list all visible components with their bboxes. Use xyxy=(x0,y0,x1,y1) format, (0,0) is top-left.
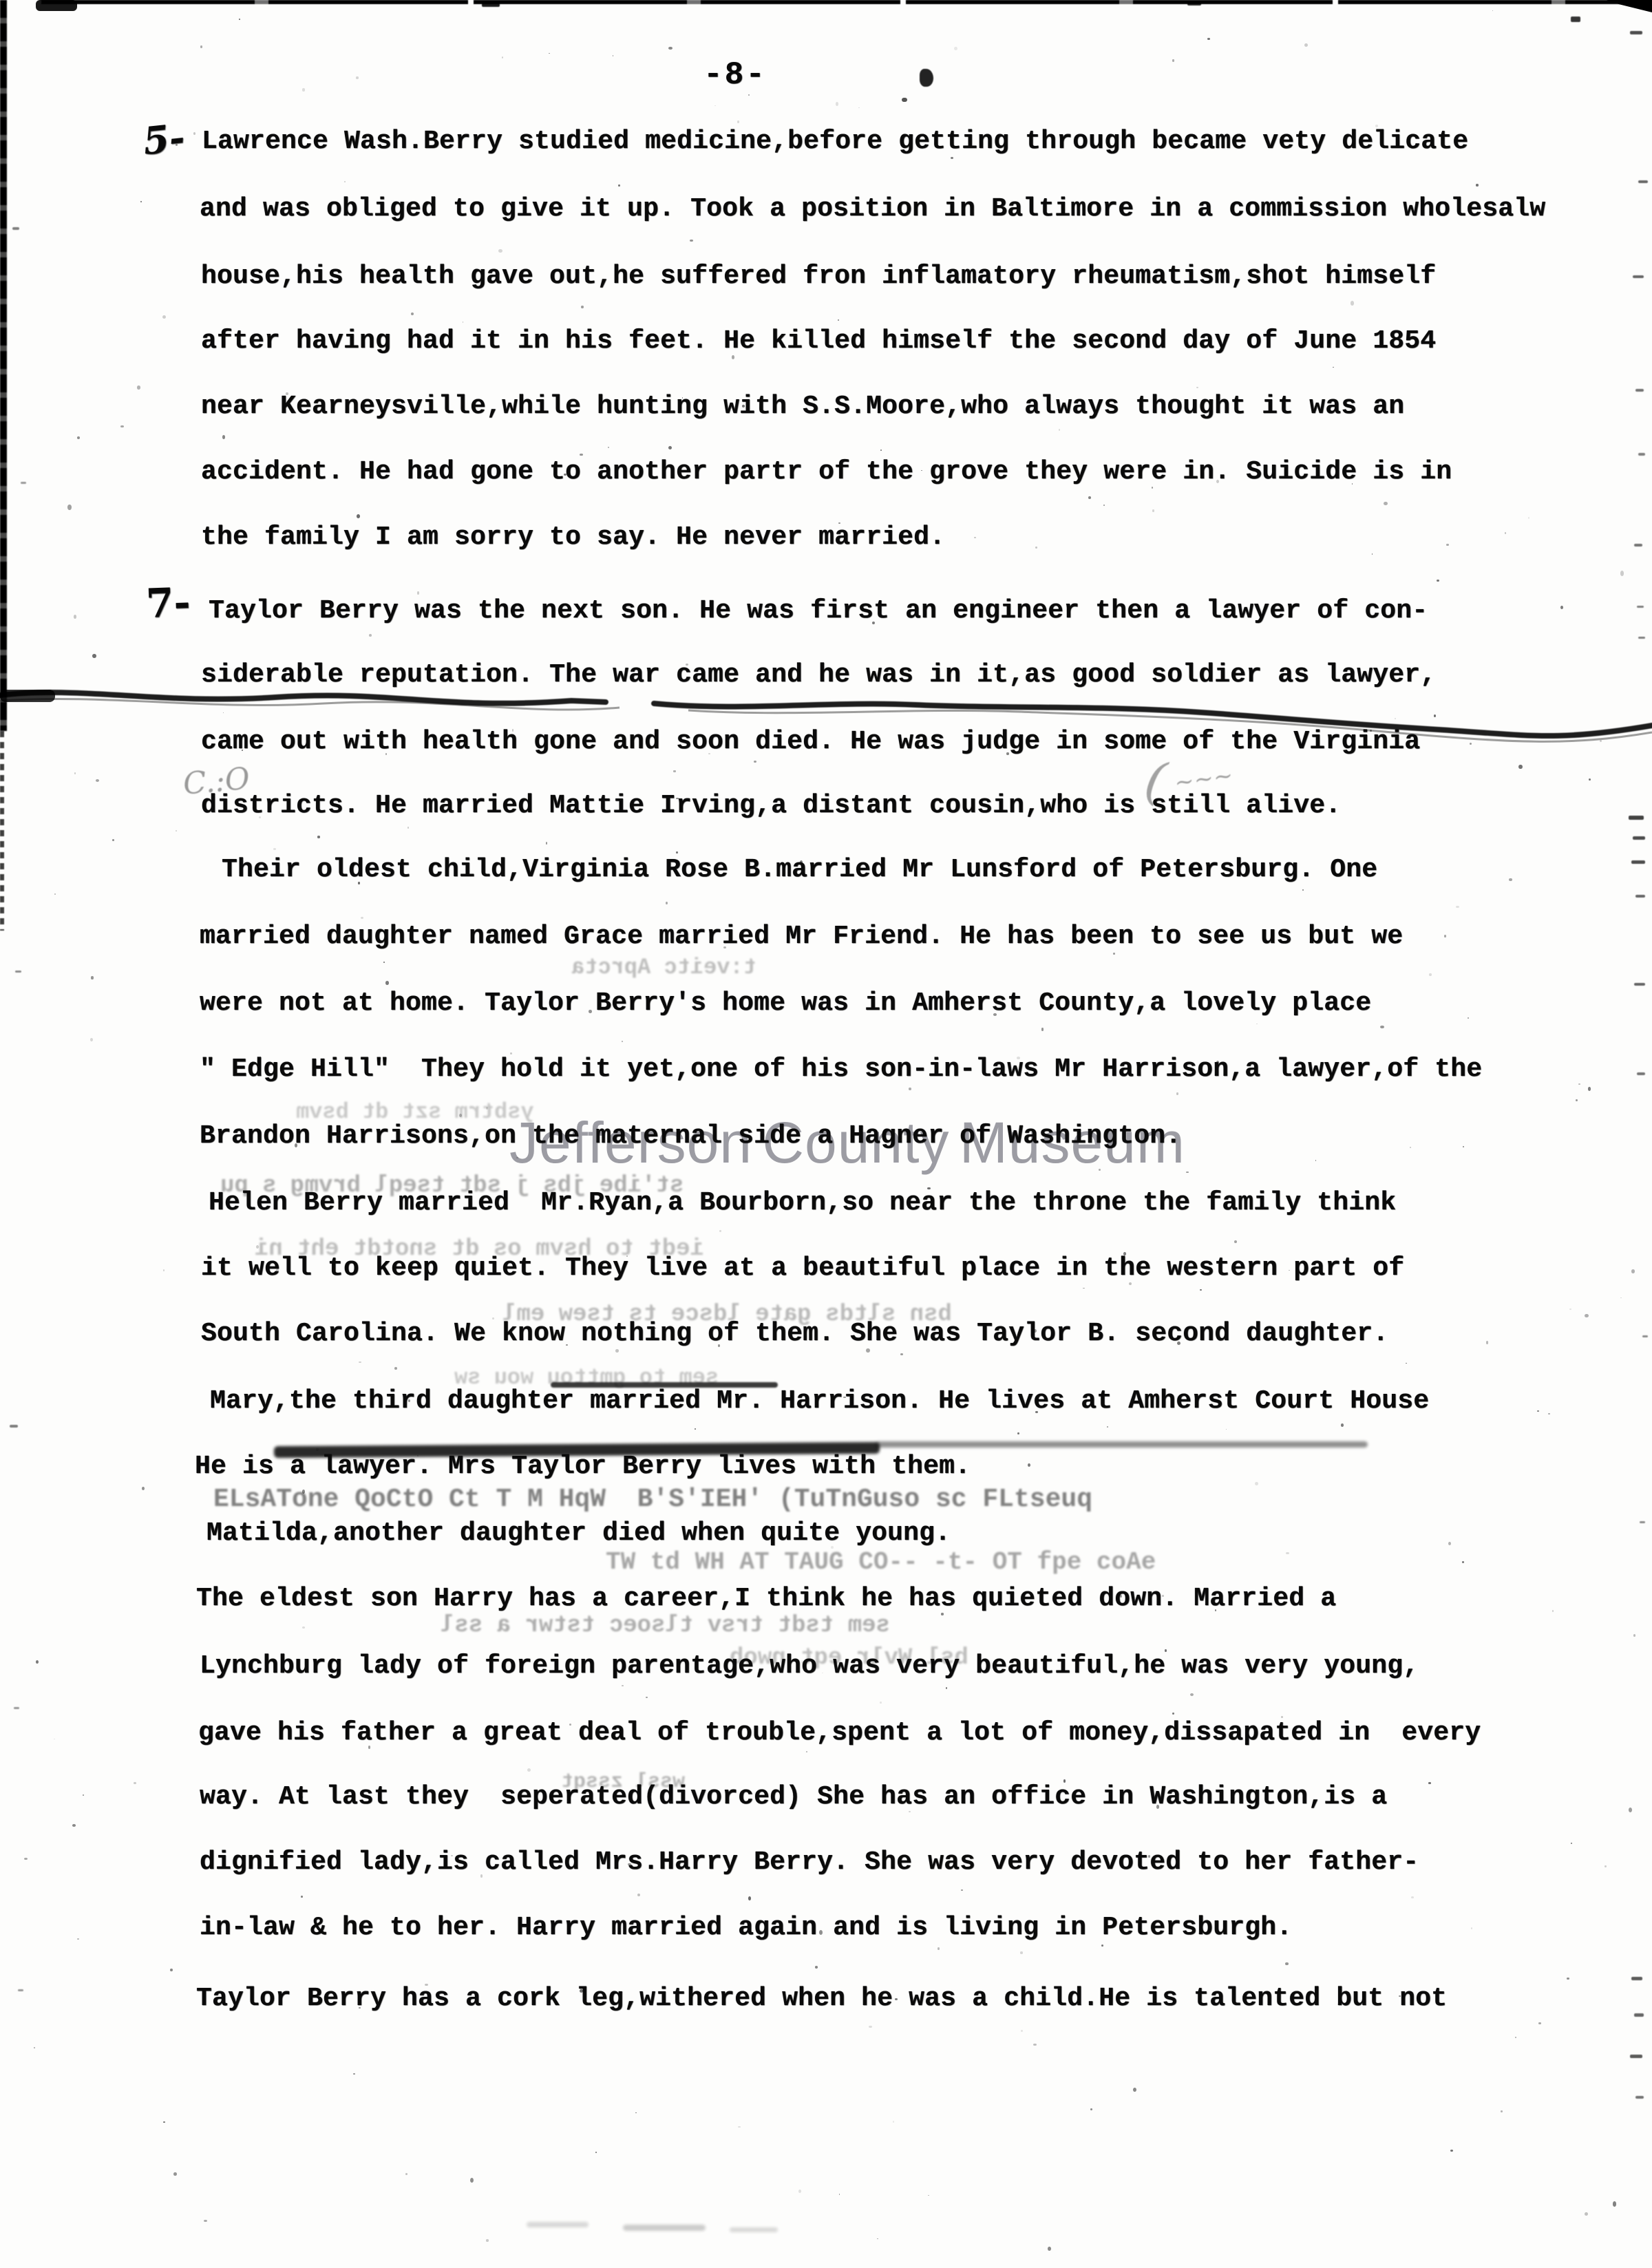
typed-line: South Carolina. We know nothing of them.… xyxy=(201,1318,1388,1350)
paper-speck xyxy=(1620,571,1624,575)
paper-speck xyxy=(1501,2110,1503,2112)
scan-edge-left xyxy=(0,0,7,731)
paper-speck xyxy=(1186,1172,1188,1173)
scan-edge-mark xyxy=(10,1425,18,1428)
paper-speck xyxy=(1633,1634,1635,1637)
paper-speck xyxy=(1017,1432,1019,1434)
paper-speck xyxy=(1463,1146,1464,1147)
paper-speck xyxy=(361,917,364,919)
paper-speck xyxy=(581,306,584,309)
paper-speck xyxy=(1033,2044,1037,2046)
paper-speck xyxy=(1113,953,1115,955)
paper-speck xyxy=(317,836,320,838)
scan-edge-mark xyxy=(1635,2096,1644,2099)
handwritten-item-number: 7- xyxy=(145,579,191,627)
scan-edge-mark xyxy=(1634,983,1645,986)
paper-speck xyxy=(90,1038,93,1041)
paper-speck xyxy=(369,634,372,637)
paper-speck xyxy=(357,514,360,518)
scan-edge-mark xyxy=(1630,2055,1642,2058)
paper-speck xyxy=(1384,502,1387,505)
paper-speck xyxy=(608,447,609,448)
paper-speck xyxy=(1103,505,1105,506)
paper-speck xyxy=(77,436,80,439)
typed-line: Their oldest child,Virginia Rose B.marri… xyxy=(222,854,1377,886)
paper-speck xyxy=(1088,496,1091,500)
paper-speck xyxy=(1083,1288,1085,1289)
paper-speck xyxy=(1200,1289,1202,1291)
paper-speck xyxy=(1567,1978,1569,1979)
paper-speck xyxy=(1585,2212,1588,2216)
typed-line: married daughter named Grace married Mr … xyxy=(200,921,1403,953)
paper-speck xyxy=(646,1697,647,1698)
paper-speck xyxy=(1101,1944,1103,1947)
paper-speck xyxy=(1351,301,1354,305)
paper-speck xyxy=(1552,1610,1554,1611)
paper-speck xyxy=(1585,1314,1588,1317)
typed-line: near Kearneysville,while hunting with S.… xyxy=(201,391,1404,423)
pencil-scribble: C.:O xyxy=(182,761,251,802)
paper-speck xyxy=(974,537,976,538)
paper-speck xyxy=(1410,1147,1411,1148)
paper-speck xyxy=(900,1353,903,1355)
paper-speck xyxy=(1028,1463,1030,1467)
paper-speck xyxy=(239,19,240,19)
typed-line: house,his health gave out,he suffered fr… xyxy=(201,261,1436,293)
paper-speck xyxy=(83,1794,84,1796)
paper-speck xyxy=(1048,2247,1051,2251)
paper-speck xyxy=(1538,2022,1540,2024)
typed-line: Lynchburg lady of foreign parentage,who … xyxy=(200,1651,1419,1682)
paper-speck xyxy=(36,1660,39,1664)
typed-line: dignified lady,is called Mrs.Harry Berry… xyxy=(200,1847,1419,1878)
paper-speck xyxy=(893,2121,894,2123)
paper-speck xyxy=(74,615,76,619)
paper-speck xyxy=(222,435,225,439)
paper-speck xyxy=(1286,1552,1289,1554)
paper-speck xyxy=(1444,935,1446,937)
paper-speck xyxy=(385,981,389,985)
paper-speck xyxy=(1207,38,1210,40)
paper-speck xyxy=(1372,553,1373,555)
paper-speck xyxy=(954,47,957,50)
paper-speck xyxy=(806,1751,807,1752)
paper-speck xyxy=(695,1428,696,1430)
paper-speck xyxy=(798,2190,801,2193)
typed-line: way. At last they seperated(divorced) Sh… xyxy=(200,1781,1387,1813)
paper-speck xyxy=(470,2178,474,2183)
paper-speck xyxy=(142,1487,145,1491)
typed-line: and was obliged to give it up. Took a po… xyxy=(200,193,1545,225)
paper-speck xyxy=(67,505,71,510)
fold-crease xyxy=(0,659,1652,763)
paper-speck xyxy=(938,1947,940,1949)
paper-speck xyxy=(637,1894,640,1896)
paper-speck xyxy=(1304,43,1308,47)
paper-speck xyxy=(498,249,502,253)
paper-speck xyxy=(359,1361,361,1363)
paper-speck xyxy=(1631,1269,1635,1273)
paper-speck xyxy=(1172,59,1174,61)
typed-line: after having had it in his feet. He kill… xyxy=(201,326,1436,357)
scan-edge-mark xyxy=(18,1989,23,1991)
scan-edge-mark xyxy=(1642,1335,1648,1337)
paper-speck xyxy=(815,1966,818,1969)
bleed-through-text: ELsATone QoCtO Ct T M HqW B'S'IEH' (TuTn… xyxy=(213,1487,1092,1513)
paper-speck xyxy=(1152,509,1154,512)
scan-edge-mark xyxy=(1635,389,1644,392)
paper-speck xyxy=(1569,1308,1571,1310)
paper-speck xyxy=(880,1702,882,1704)
paper-speck xyxy=(486,2239,489,2241)
paper-speck xyxy=(1446,544,1449,547)
paper-speck xyxy=(1059,429,1060,431)
scan-edge-mark xyxy=(1640,1521,1645,1523)
paper-speck xyxy=(1176,1092,1179,1095)
paper-speck xyxy=(1537,1410,1539,1412)
bleed-through-text: t:veitc Aprcta xyxy=(571,957,756,979)
typed-line: " Edge Hill" They hold it yet,one of his… xyxy=(200,1054,1482,1085)
ink-smudge-dash xyxy=(551,1382,778,1388)
paper-speck xyxy=(635,2112,637,2114)
typed-line: Taylor Berry has a cork leg,withered whe… xyxy=(196,1983,1447,2015)
scan-edge-mark xyxy=(1638,453,1645,456)
paper-speck xyxy=(668,446,672,449)
paper-speck xyxy=(1605,1865,1607,1867)
paper-speck xyxy=(1041,1028,1044,1030)
paper-speck xyxy=(1302,889,1304,891)
paper-speck xyxy=(1428,1782,1430,1784)
paper-speck xyxy=(1456,906,1459,908)
paper-speck xyxy=(302,1626,305,1629)
paper-speck xyxy=(836,102,838,105)
paper-speck xyxy=(1333,367,1334,368)
scan-edge-mark xyxy=(1631,1977,1642,1980)
paper-speck xyxy=(1172,1713,1174,1714)
paper-speck xyxy=(74,772,76,774)
paper-speck xyxy=(91,976,94,979)
scan-edge-mark xyxy=(1637,1072,1645,1075)
scan-edge-mark xyxy=(1638,637,1645,639)
paper-speck xyxy=(580,454,582,456)
paper-speck xyxy=(690,240,693,242)
paper-speck xyxy=(54,893,56,895)
faint-bottom-mark xyxy=(527,2222,589,2227)
paper-speck xyxy=(869,2026,872,2028)
typed-line: Matilda,another daughter died when quite… xyxy=(206,1518,951,1549)
paper-speck xyxy=(34,2047,35,2048)
paper-speck xyxy=(516,1157,518,1159)
paper-speck xyxy=(1515,2037,1516,2038)
scan-edge-top xyxy=(41,0,1652,4)
typed-line: gave his father a great deal of trouble,… xyxy=(198,1717,1481,1749)
paper-speck xyxy=(204,2220,207,2222)
paper-speck xyxy=(737,120,739,123)
paper-speck xyxy=(24,1858,28,1860)
scan-edge-mark xyxy=(14,1707,19,1709)
paper-speck xyxy=(411,312,414,315)
paper-speck xyxy=(1411,1896,1414,1898)
scan-edge-mark xyxy=(1638,180,1648,183)
paper-speck xyxy=(1588,1087,1591,1090)
paper-speck xyxy=(1341,1423,1344,1427)
scan-edge-mark xyxy=(1633,836,1645,840)
paper-speck xyxy=(1548,1413,1550,1414)
scan-edge-mark xyxy=(12,227,19,230)
paper-speck xyxy=(1406,1363,1407,1364)
paper-speck xyxy=(622,1041,623,1042)
scan-edge-mark xyxy=(1630,31,1642,34)
paper-speck xyxy=(1196,387,1198,388)
paper-speck xyxy=(1589,778,1591,781)
paper-speck xyxy=(1285,1962,1288,1965)
paper-speck xyxy=(176,830,177,831)
paper-speck xyxy=(273,848,276,850)
scanned-typewritten-page: Jefferson County Museum -8- Lawrence Was… xyxy=(0,0,1652,2268)
paper-speck xyxy=(54,1739,55,1739)
paper-speck xyxy=(839,2194,840,2195)
typed-line: in-law & he to her. Harry married again … xyxy=(200,1912,1292,1944)
typed-line: the family I am sorry to say. He never m… xyxy=(201,522,945,553)
scan-edge-left-lower xyxy=(0,731,4,931)
paper-speck xyxy=(618,184,620,187)
paper-speck xyxy=(140,201,142,202)
typed-line: The eldest son Harry has a career,I thin… xyxy=(196,1583,1336,1615)
typed-line: Mary,the third daughter married Mr. Harr… xyxy=(210,1386,1429,1417)
ink-dot-near-page-number xyxy=(902,98,907,102)
typed-line: were not at home. Taylor Berry's home wa… xyxy=(200,988,1371,1019)
paper-speck xyxy=(622,1685,623,1686)
paper-speck xyxy=(1620,1297,1622,1298)
paper-speck xyxy=(1476,184,1479,187)
paper-speck xyxy=(302,88,306,92)
paper-speck xyxy=(880,449,882,451)
scan-edge-mark xyxy=(15,971,21,973)
paper-speck xyxy=(1492,10,1494,11)
paper-speck xyxy=(112,839,114,841)
paper-speck xyxy=(595,2152,597,2153)
paper-speck xyxy=(666,902,668,904)
paper-speck xyxy=(1226,1429,1227,1430)
paper-speck xyxy=(163,1269,165,1271)
paper-speck xyxy=(748,94,750,96)
paper-speck xyxy=(502,56,503,59)
paper-speck xyxy=(193,132,195,135)
paper-speck xyxy=(1448,1542,1451,1545)
scan-edge-mark xyxy=(1634,2013,1644,2017)
paper-speck xyxy=(1133,2088,1136,2092)
paper-speck xyxy=(394,1367,397,1370)
ink-blot-near-page-number xyxy=(920,69,933,87)
paper-speck xyxy=(673,770,676,772)
scan-edge-mark xyxy=(1631,860,1645,864)
paper-speck xyxy=(946,1687,947,1689)
paper-speck xyxy=(137,385,140,389)
paper-speck xyxy=(1450,2150,1453,2152)
paper-speck xyxy=(1505,532,1506,534)
paper-speck xyxy=(77,1938,79,1940)
paper-speck xyxy=(163,2121,165,2123)
paper-speck xyxy=(1256,1024,1258,1024)
paper-speck xyxy=(1380,1026,1384,1028)
paper-speck xyxy=(961,1889,963,1891)
paper-speck xyxy=(719,1230,721,1232)
paper-speck xyxy=(838,319,839,321)
paper-speck xyxy=(1190,1693,1194,1696)
paper-speck xyxy=(405,2173,407,2175)
typed-line: accident. He had gone to another partr o… xyxy=(201,456,1452,488)
scan-edge-mark xyxy=(1571,17,1580,22)
paper-speck xyxy=(1528,517,1529,519)
typed-line: it well to keep quiet. They live at a be… xyxy=(201,1253,1404,1284)
paper-speck xyxy=(858,107,860,109)
paper-speck xyxy=(1578,1083,1580,1085)
paper-speck xyxy=(714,105,716,106)
paper-speck xyxy=(1471,1927,1472,1929)
paper-speck xyxy=(738,2126,740,2128)
paper-speck xyxy=(909,1088,911,1090)
ink-smudge-strike-tail xyxy=(876,1441,1368,1448)
paper-speck xyxy=(92,654,96,658)
paper-speck xyxy=(344,181,346,182)
paper-speck xyxy=(1090,2108,1092,2110)
paper-speck xyxy=(162,315,166,319)
scan-edge-mark xyxy=(1637,606,1644,608)
scan-edge-mark xyxy=(1635,895,1645,898)
paper-speck xyxy=(1255,1482,1258,1485)
paper-speck xyxy=(1518,765,1522,769)
paper-speck xyxy=(383,962,385,962)
paper-speck xyxy=(1486,1341,1489,1344)
paper-speck xyxy=(301,1896,303,1898)
paper-speck xyxy=(546,842,548,845)
faint-bottom-mark xyxy=(730,2227,778,2232)
paper-speck xyxy=(1021,2030,1023,2033)
paper-speck xyxy=(353,2073,356,2075)
paper-speck xyxy=(1020,1951,1023,1954)
paper-speck xyxy=(748,1896,751,1900)
typed-line: Helen Berry married Mr.Ryan,a Bourborn,s… xyxy=(209,1187,1396,1219)
faint-bottom-mark xyxy=(623,2225,706,2231)
paper-speck xyxy=(549,53,550,54)
paper-speck xyxy=(1571,1843,1572,1844)
paper-speck xyxy=(1509,878,1512,881)
paper-speck xyxy=(613,55,614,56)
paper-speck xyxy=(676,851,677,853)
paper-speck xyxy=(1613,2201,1616,2206)
paper-speck xyxy=(527,1768,531,1772)
paper-speck xyxy=(407,827,410,829)
typed-line: districts. He married Mattie Irving,a di… xyxy=(201,790,1341,822)
scan-edge-mark xyxy=(21,482,26,484)
scan-edge-mark xyxy=(1629,816,1644,820)
scan-edge-mark xyxy=(1633,275,1644,278)
paper-speck xyxy=(134,1782,136,1785)
paper-speck xyxy=(96,779,99,782)
paper-speck xyxy=(877,2238,878,2239)
page-number: -8- xyxy=(703,59,767,91)
paper-speck xyxy=(1234,1240,1237,1243)
paper-speck xyxy=(72,1824,76,1827)
paper-speck xyxy=(1315,1160,1317,1161)
typed-line: Lawrence Wash.Berry studied medicine,bef… xyxy=(202,126,1468,158)
paper-speck xyxy=(1035,547,1037,549)
paper-speck xyxy=(200,45,202,47)
paper-speck xyxy=(1468,1017,1469,1019)
paper-speck xyxy=(120,425,124,427)
paper-speck xyxy=(1629,1808,1632,1812)
paper-speck xyxy=(356,76,359,78)
bleed-through-text: TW td WH AT TAUG CO-- -t- OT fpe coAe xyxy=(606,1550,1156,1575)
bleed-through-text: sem tsdt trsv tlsoec tstwr a ssl xyxy=(441,1614,890,1638)
paper-speck xyxy=(1560,606,1563,609)
handwritten-item-number: 5- xyxy=(141,115,187,163)
paper-speck xyxy=(1107,1426,1108,1428)
paper-speck xyxy=(463,321,464,323)
typed-line: Taylor Berry was the next son. He was fi… xyxy=(209,595,1428,627)
paper-speck xyxy=(173,2172,177,2176)
paper-speck xyxy=(170,1969,173,1971)
paper-speck xyxy=(1576,1099,1578,1101)
paper-speck xyxy=(1462,1561,1464,1563)
paper-speck xyxy=(668,47,672,50)
paper-speck xyxy=(417,591,419,594)
paper-speck xyxy=(928,2195,929,2196)
scan-edge-mark xyxy=(1634,544,1642,547)
paper-speck xyxy=(1429,973,1432,976)
scan-corner-mark xyxy=(1607,0,1652,12)
typed-line: Brandon Harrisons,on the maternal side a… xyxy=(200,1121,1181,1152)
paper-speck xyxy=(1437,580,1439,582)
